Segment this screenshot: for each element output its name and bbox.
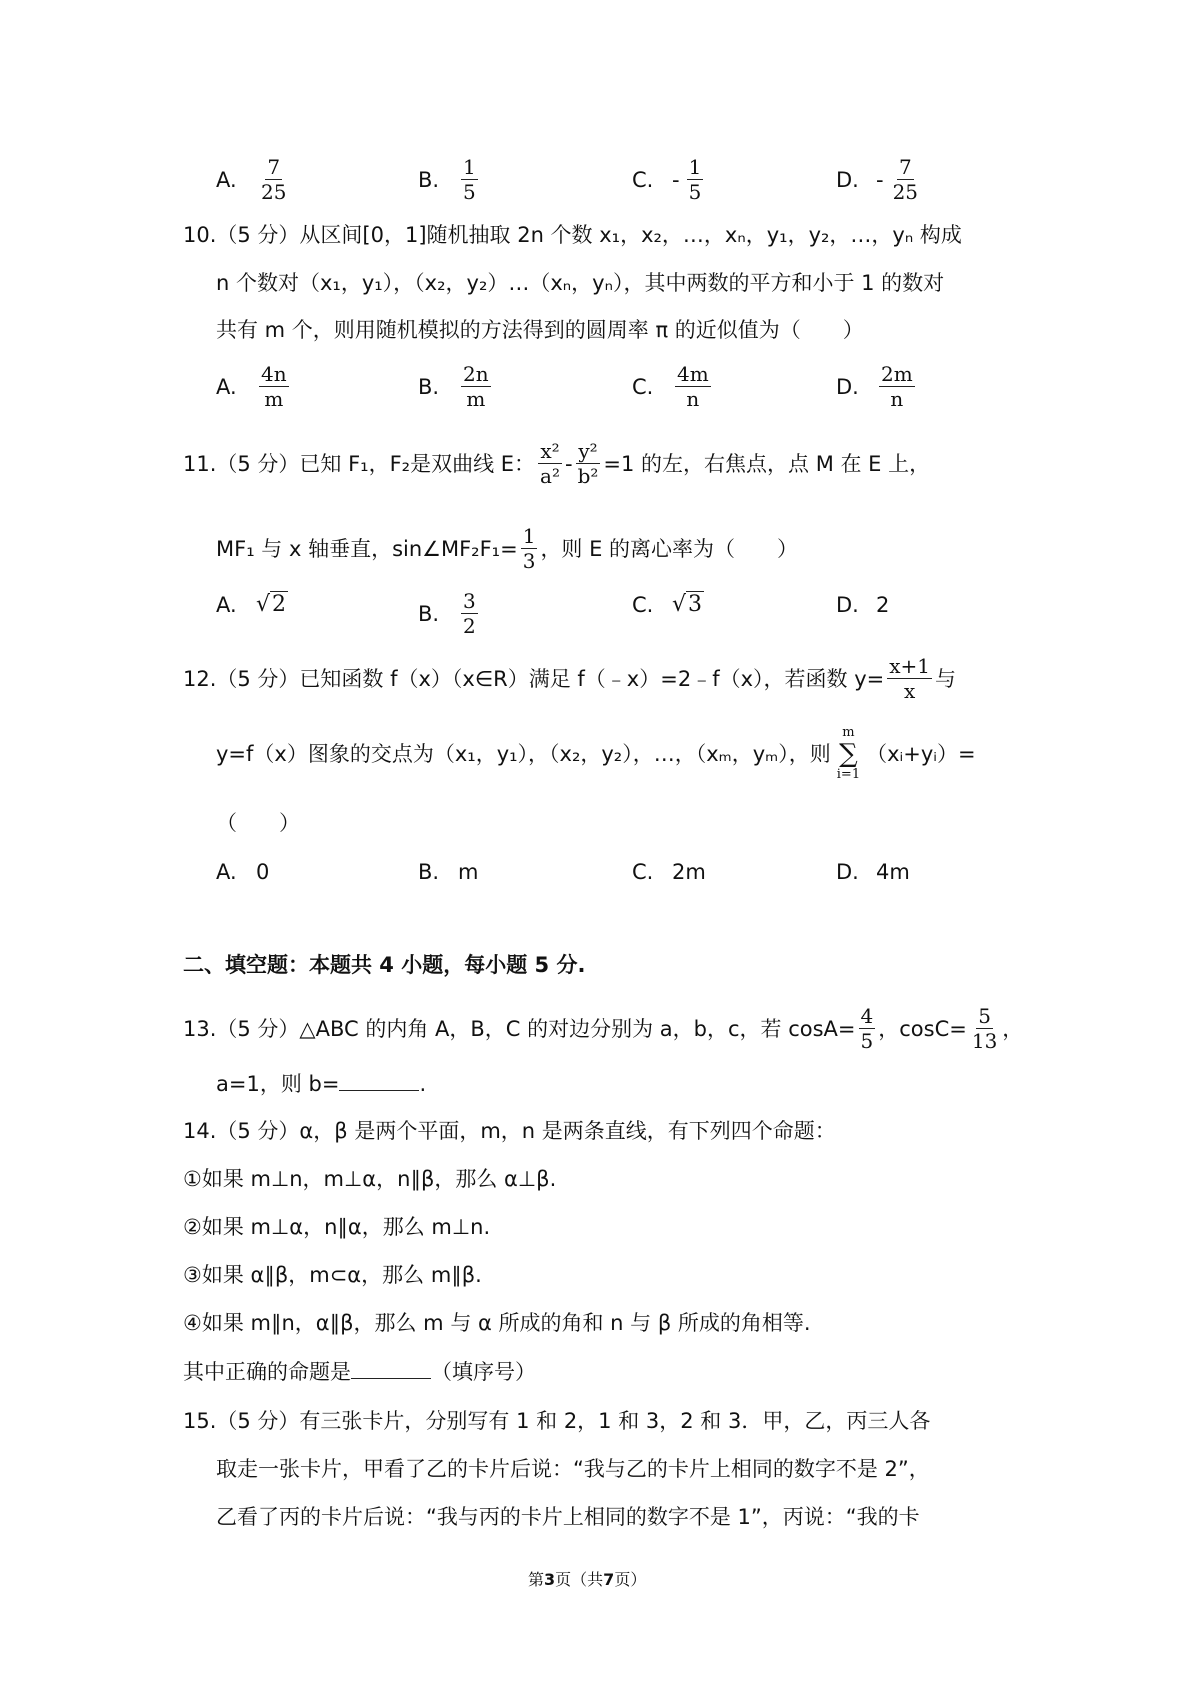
fraction: 7 25 xyxy=(259,156,288,203)
q12-line-1: 12.（5 分）已知函数 f（x）（x∈R）满足 f（﹣x）=2﹣f（x），若函… xyxy=(183,655,956,702)
minus-sign: - xyxy=(876,165,884,195)
option-label: A. xyxy=(216,857,256,887)
denominator: m xyxy=(464,387,487,410)
q11-option-d: D. 2 xyxy=(836,590,889,620)
sum-lower: i=1 xyxy=(837,767,860,783)
option-value: 2 xyxy=(876,590,889,620)
q9-option-d: D. - 7 25 xyxy=(836,156,923,203)
denominator: 5 xyxy=(859,1029,876,1052)
page-number: 3 xyxy=(544,1570,555,1589)
numerator: 1 xyxy=(521,525,538,549)
minus-sign: - xyxy=(565,449,573,479)
q15-line-2: 取走一张卡片，甲看了乙的卡片后说：“我与乙的卡片上相同的数字不是 2”， xyxy=(216,1454,930,1484)
radicand: 2 xyxy=(270,591,288,617)
denominator: 25 xyxy=(891,180,920,203)
denominator: a² xyxy=(538,464,562,487)
numerator: 2n xyxy=(461,363,491,387)
option-label: A. xyxy=(216,372,256,402)
exam-page: A. 7 25 B. 1 5 C. - 1 5 D. - 7 25 10.（5 … xyxy=(0,0,1200,1700)
option-label: B. xyxy=(418,857,458,887)
q12-line-2: y=f（x）图象的交点为（x₁，y₁），（x₂，y₂），…，（xₘ，yₘ），则 … xyxy=(216,725,976,783)
option-value: 2m xyxy=(672,857,706,887)
fraction: 1 5 xyxy=(461,156,478,203)
q14-text: （填序号） xyxy=(431,1360,536,1384)
q12-text: 与 xyxy=(935,664,956,694)
fraction: 2m n xyxy=(879,363,915,410)
q12-option-b: B. m xyxy=(418,857,478,887)
q13-line-1: 13.（5 分）△ABC 的内角 A，B，C 的对边分别为 a，b，c，若 co… xyxy=(183,1005,1023,1052)
option-label: D. xyxy=(836,372,876,402)
denominator: n xyxy=(684,387,701,410)
numerator: 4m xyxy=(675,363,711,387)
answer-blank[interactable] xyxy=(351,1356,431,1379)
footer-text: 第 xyxy=(528,1570,544,1589)
q11-option-b: B. 3 2 xyxy=(418,590,481,637)
q12-option-c: C. 2m xyxy=(632,857,706,887)
page-total: 7 xyxy=(603,1570,614,1589)
q14-text: 其中正确的命题是 xyxy=(183,1360,351,1384)
numerator: x² xyxy=(538,440,561,464)
option-label: A. xyxy=(216,590,256,620)
minus-sign: - xyxy=(672,165,680,195)
q13-text: 13.（5 分）△ABC 的内角 A，B，C 的对边分别为 a，b，c，若 co… xyxy=(183,1014,856,1044)
option-label: C. xyxy=(632,165,672,195)
numerator: 4n xyxy=(259,363,289,387)
q9-option-a: A. 7 25 xyxy=(216,156,291,203)
fraction: 4 5 xyxy=(859,1005,876,1052)
q12-option-a: A. 0 xyxy=(216,857,269,887)
q14-item-4: ④如果 m∥n，α∥β，那么 m 与 α 所成的角和 n 与 β 所成的角相等. xyxy=(183,1308,811,1338)
q12-text: （xᵢ+yᵢ）= xyxy=(866,739,976,769)
q14-item-2: ②如果 m⊥α，n∥α，那么 m⊥n. xyxy=(183,1212,490,1242)
fraction: x+1 x xyxy=(887,655,932,702)
option-label: D. xyxy=(836,165,876,195)
denominator: 25 xyxy=(259,180,288,203)
q12-text: y=f（x）图象的交点为（x₁，y₁），（x₂，y₂），…，（xₘ，yₘ），则 xyxy=(216,739,831,769)
denominator: 5 xyxy=(461,180,478,203)
option-label: D. xyxy=(836,590,876,620)
summation-icon: m ∑ i=1 xyxy=(837,725,860,783)
option-value: m xyxy=(458,857,478,887)
numerator: x+1 xyxy=(887,655,932,679)
footer-text: 页（共 xyxy=(555,1570,603,1589)
q14-line-1: 14.（5 分）α，β 是两个平面，m，n 是两条直线，有下列四个命题： xyxy=(183,1116,836,1146)
radicand: 3 xyxy=(686,591,704,617)
q10-line-2: n 个数对（x₁，y₁），（x₂，y₂）…（xₙ，yₙ），其中两数的平方和小于 … xyxy=(216,268,944,298)
fraction-x2-a2: x² a² xyxy=(538,440,562,487)
denominator: n xyxy=(888,387,905,410)
q15-line-1: 15.（5 分）有三张卡片，分别写有 1 和 2，1 和 3，2 和 3．甲，乙… xyxy=(183,1406,930,1436)
fraction: 4n m xyxy=(259,363,289,410)
q11-text: ，则 E 的离心率为（ ） xyxy=(540,534,798,564)
fraction-y2-b2: y² b² xyxy=(576,440,601,487)
denominator: m xyxy=(262,387,285,410)
denominator: 2 xyxy=(461,614,478,637)
numerator: 5 xyxy=(976,1005,993,1029)
q11-text: =1 的左，右焦点，点 M 在 E 上， xyxy=(603,449,930,479)
q12-option-d: D. 4m xyxy=(836,857,910,887)
numerator: 3 xyxy=(461,590,478,614)
option-label: B. xyxy=(418,165,458,195)
option-label: D. xyxy=(836,857,876,887)
denominator: x xyxy=(902,679,917,702)
option-value: 4m xyxy=(876,857,910,887)
sqrt-icon: √3 xyxy=(672,590,704,620)
q11-text: 11.（5 分）已知 F₁，F₂是双曲线 E： xyxy=(183,449,535,479)
q14-tail: 其中正确的命题是（填序号） xyxy=(183,1356,536,1387)
numerator: 1 xyxy=(461,156,478,180)
q13-text: a=1，则 b= xyxy=(216,1072,339,1096)
q11-option-a: A. √2 xyxy=(216,590,288,620)
q11-text: MF₁ 与 x 轴垂直，sin∠MF₂F₁= xyxy=(216,534,518,564)
footer-text: 页） xyxy=(614,1570,646,1589)
q11-line-2: MF₁ 与 x 轴垂直，sin∠MF₂F₁= 1 3 ，则 E 的离心率为（ ） xyxy=(216,525,798,572)
denominator: b² xyxy=(576,464,601,487)
q12-line-3: （ ） xyxy=(216,808,300,838)
option-label: A. xyxy=(216,165,256,195)
q10-option-c: C. 4m n xyxy=(632,363,714,410)
q15-line-3: 乙看了丙的卡片后说：“我与丙的卡片上相同的数字不是 1”，丙说：“我的卡 xyxy=(216,1502,920,1532)
denominator: 13 xyxy=(970,1029,999,1052)
answer-blank[interactable] xyxy=(339,1068,419,1091)
numerator: 4 xyxy=(859,1005,876,1029)
q9-option-c: C. - 1 5 xyxy=(632,156,706,203)
q10-line-1: 10.（5 分）从区间[0，1]随机抽取 2n 个数 x₁，x₂，…，xₙ，y₁… xyxy=(183,220,962,250)
numerator: 7 xyxy=(265,156,282,180)
q13-text: ，cosC= xyxy=(878,1014,967,1044)
fraction: 7 25 xyxy=(891,156,920,203)
fraction: 5 13 xyxy=(970,1005,999,1052)
page-footer: 第3页（共7页） xyxy=(528,1570,646,1590)
section-title: 二、填空题：本题共 4 小题，每小题 5 分. xyxy=(183,950,585,980)
q10-line-3: 共有 m 个，则用随机模拟的方法得到的圆周率 π 的近似值为（ ） xyxy=(216,315,864,345)
q13-text: . xyxy=(419,1072,426,1096)
fraction: 1 5 xyxy=(687,156,704,203)
fraction: 2n m xyxy=(461,363,491,410)
q11-line-1: 11.（5 分）已知 F₁，F₂是双曲线 E： x² a² - y² b² =1… xyxy=(183,440,930,487)
sqrt-icon: √2 xyxy=(256,590,288,620)
numerator: 7 xyxy=(897,156,914,180)
q13-line-2: a=1，则 b=. xyxy=(216,1068,426,1099)
fraction: 3 2 xyxy=(461,590,478,637)
sigma: ∑ xyxy=(839,741,858,767)
option-label: C. xyxy=(632,590,672,620)
option-label: C. xyxy=(632,857,672,887)
q11-option-c: C. √3 xyxy=(632,590,704,620)
option-label: B. xyxy=(418,599,458,629)
option-label: B. xyxy=(418,372,458,402)
q10-option-a: A. 4n m xyxy=(216,363,292,410)
fraction: 1 3 xyxy=(521,525,538,572)
q12-text: 12.（5 分）已知函数 f（x）（x∈R）满足 f（﹣x）=2﹣f（x），若函… xyxy=(183,664,884,694)
denominator: 5 xyxy=(687,180,704,203)
q13-text: ， xyxy=(1002,1014,1023,1044)
numerator: 1 xyxy=(687,156,704,180)
fraction: 4m n xyxy=(675,363,711,410)
option-label: C. xyxy=(632,372,672,402)
q14-item-3: ③如果 α∥β，m⊂α，那么 m∥β. xyxy=(183,1260,482,1290)
option-value: 0 xyxy=(256,857,269,887)
q10-option-d: D. 2m n xyxy=(836,363,918,410)
numerator: 2m xyxy=(879,363,915,387)
numerator: y² xyxy=(576,440,599,464)
q14-item-1: ①如果 m⊥n，m⊥α，n∥β，那么 α⊥β. xyxy=(183,1164,556,1194)
denominator: 3 xyxy=(521,549,538,572)
q10-option-b: B. 2n m xyxy=(418,363,494,410)
q9-option-b: B. 1 5 xyxy=(418,156,481,203)
